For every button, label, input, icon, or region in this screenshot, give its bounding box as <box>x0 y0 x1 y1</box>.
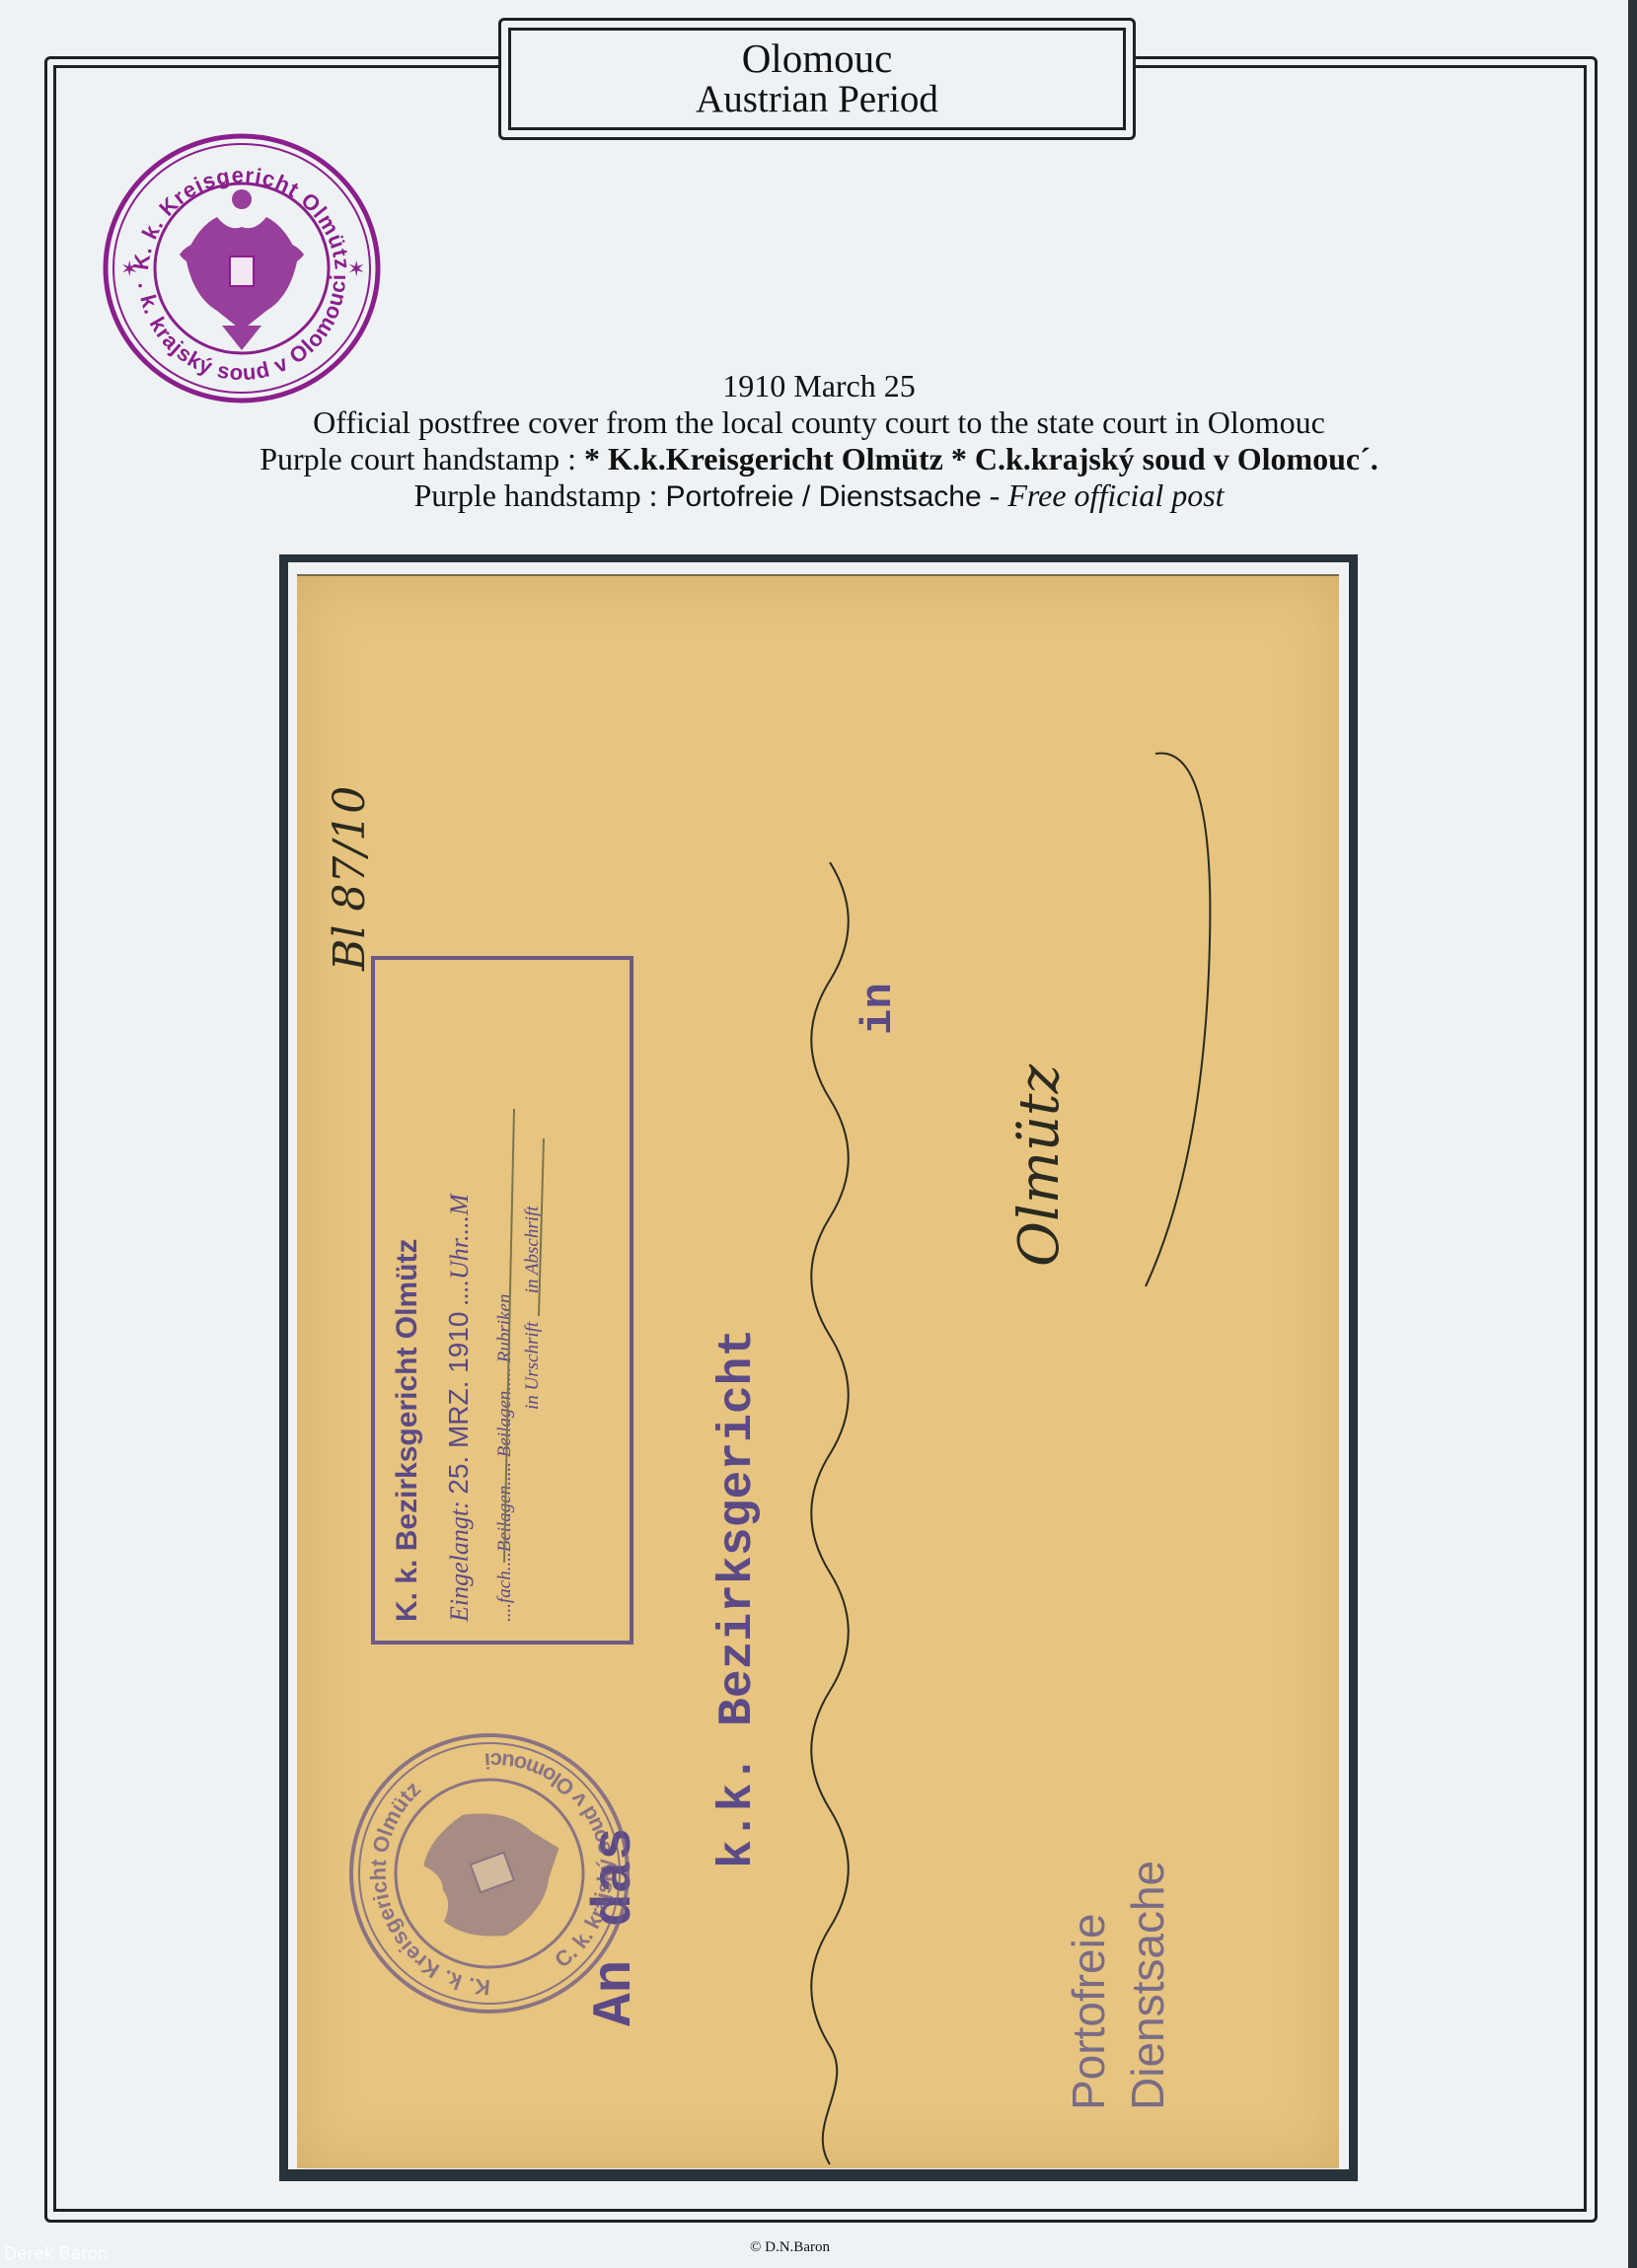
cover-date: 1910 March 25 <box>59 368 1579 404</box>
description: 1910 March 25 Official postfree cover fr… <box>59 368 1579 515</box>
receipt-stamp-line1: K. k. Bezirksgericht Olmütz <box>391 1239 424 1622</box>
page-title: Olomouc <box>742 37 893 79</box>
page-subtitle: Austrian Period <box>696 79 938 120</box>
city-underline-flourish <box>1116 744 1225 1296</box>
svg-text:✶: ✶ <box>347 256 365 281</box>
description-franchise-line: Purple handstamp : Portofreie / Dienstsa… <box>59 477 1579 515</box>
watermark: Derek Baron <box>4 2244 109 2264</box>
handwritten-reference: Bl 87/10 <box>325 786 375 971</box>
copyright: © D.N.Baron <box>750 2239 830 2256</box>
svg-text:✶: ✶ <box>120 256 138 281</box>
handwritten-addressee-line <box>795 862 864 2174</box>
address-line2: k.k. Bezirksgericht <box>711 1329 765 1868</box>
franchise-stamp-line1: Portofreie <box>1062 1914 1115 2110</box>
page-edge <box>1628 0 1637 2268</box>
court-seal-icon: K. k. Kreisgericht Olmütz C. k. krajský … <box>336 1720 642 2026</box>
franchise-stamp-line2: Dienstsache <box>1121 1861 1174 2110</box>
description-line: Official postfree cover from the local c… <box>59 404 1579 441</box>
handwritten-city: Olmütz <box>1007 1064 1072 1267</box>
pencil-mark <box>445 1020 554 1573</box>
description-handstamp-line: Purple court handstamp : * K.k.Kreisgeri… <box>59 441 1579 477</box>
title-box: Olomouc Austrian Period <box>498 18 1136 140</box>
envelope-cover: Bl 87/10 K. k. Bezirksgericht Olmütz Ein… <box>297 574 1339 2168</box>
